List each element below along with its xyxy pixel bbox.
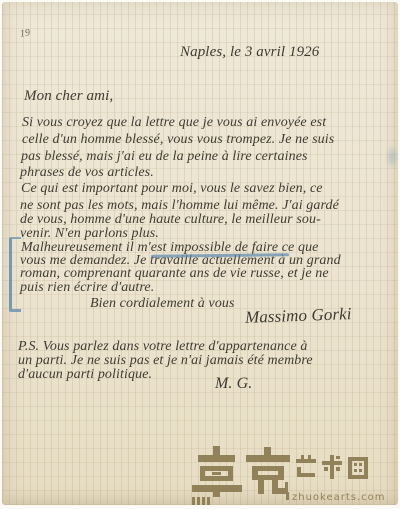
signature-initials: M. G. xyxy=(215,376,252,392)
dateline: Naples, le 3 avril 1926 xyxy=(180,44,319,60)
body-line: puis rien écrire d'autre. xyxy=(20,280,154,296)
body-line: Ce qui est important pour moi, vous le s… xyxy=(21,181,323,197)
watermark-url-text: zhuokearts.com xyxy=(292,492,386,503)
salutation: Mon cher ami, xyxy=(24,88,113,104)
letter-scan: 19 Naples, le 3 avril 1926 Mon cher ami,… xyxy=(0,0,400,509)
squared-paper: 19 Naples, le 3 avril 1926 Mon cher ami,… xyxy=(2,2,398,505)
page-number: 19 xyxy=(19,28,30,39)
zhuokearts-watermark-logo: zhuokearts.com xyxy=(192,445,392,505)
blue-margin-bracket xyxy=(9,237,21,312)
signature: Massimo Gorki xyxy=(245,306,352,326)
blue-ink-smudge xyxy=(386,146,398,168)
body-line: celle d'un homme blessé, vous vous tromp… xyxy=(22,132,334,148)
closing: Bien cordialement à vous xyxy=(90,296,235,312)
postscript-line: d'aucun parti politique. xyxy=(18,367,152,383)
body-line: phrases de vos articles. xyxy=(20,165,154,181)
body-line: Si vous croyez que la lettre que je vous… xyxy=(22,115,326,131)
body-line: pas blessé, mais j'ai eu de la peine à l… xyxy=(21,149,308,165)
